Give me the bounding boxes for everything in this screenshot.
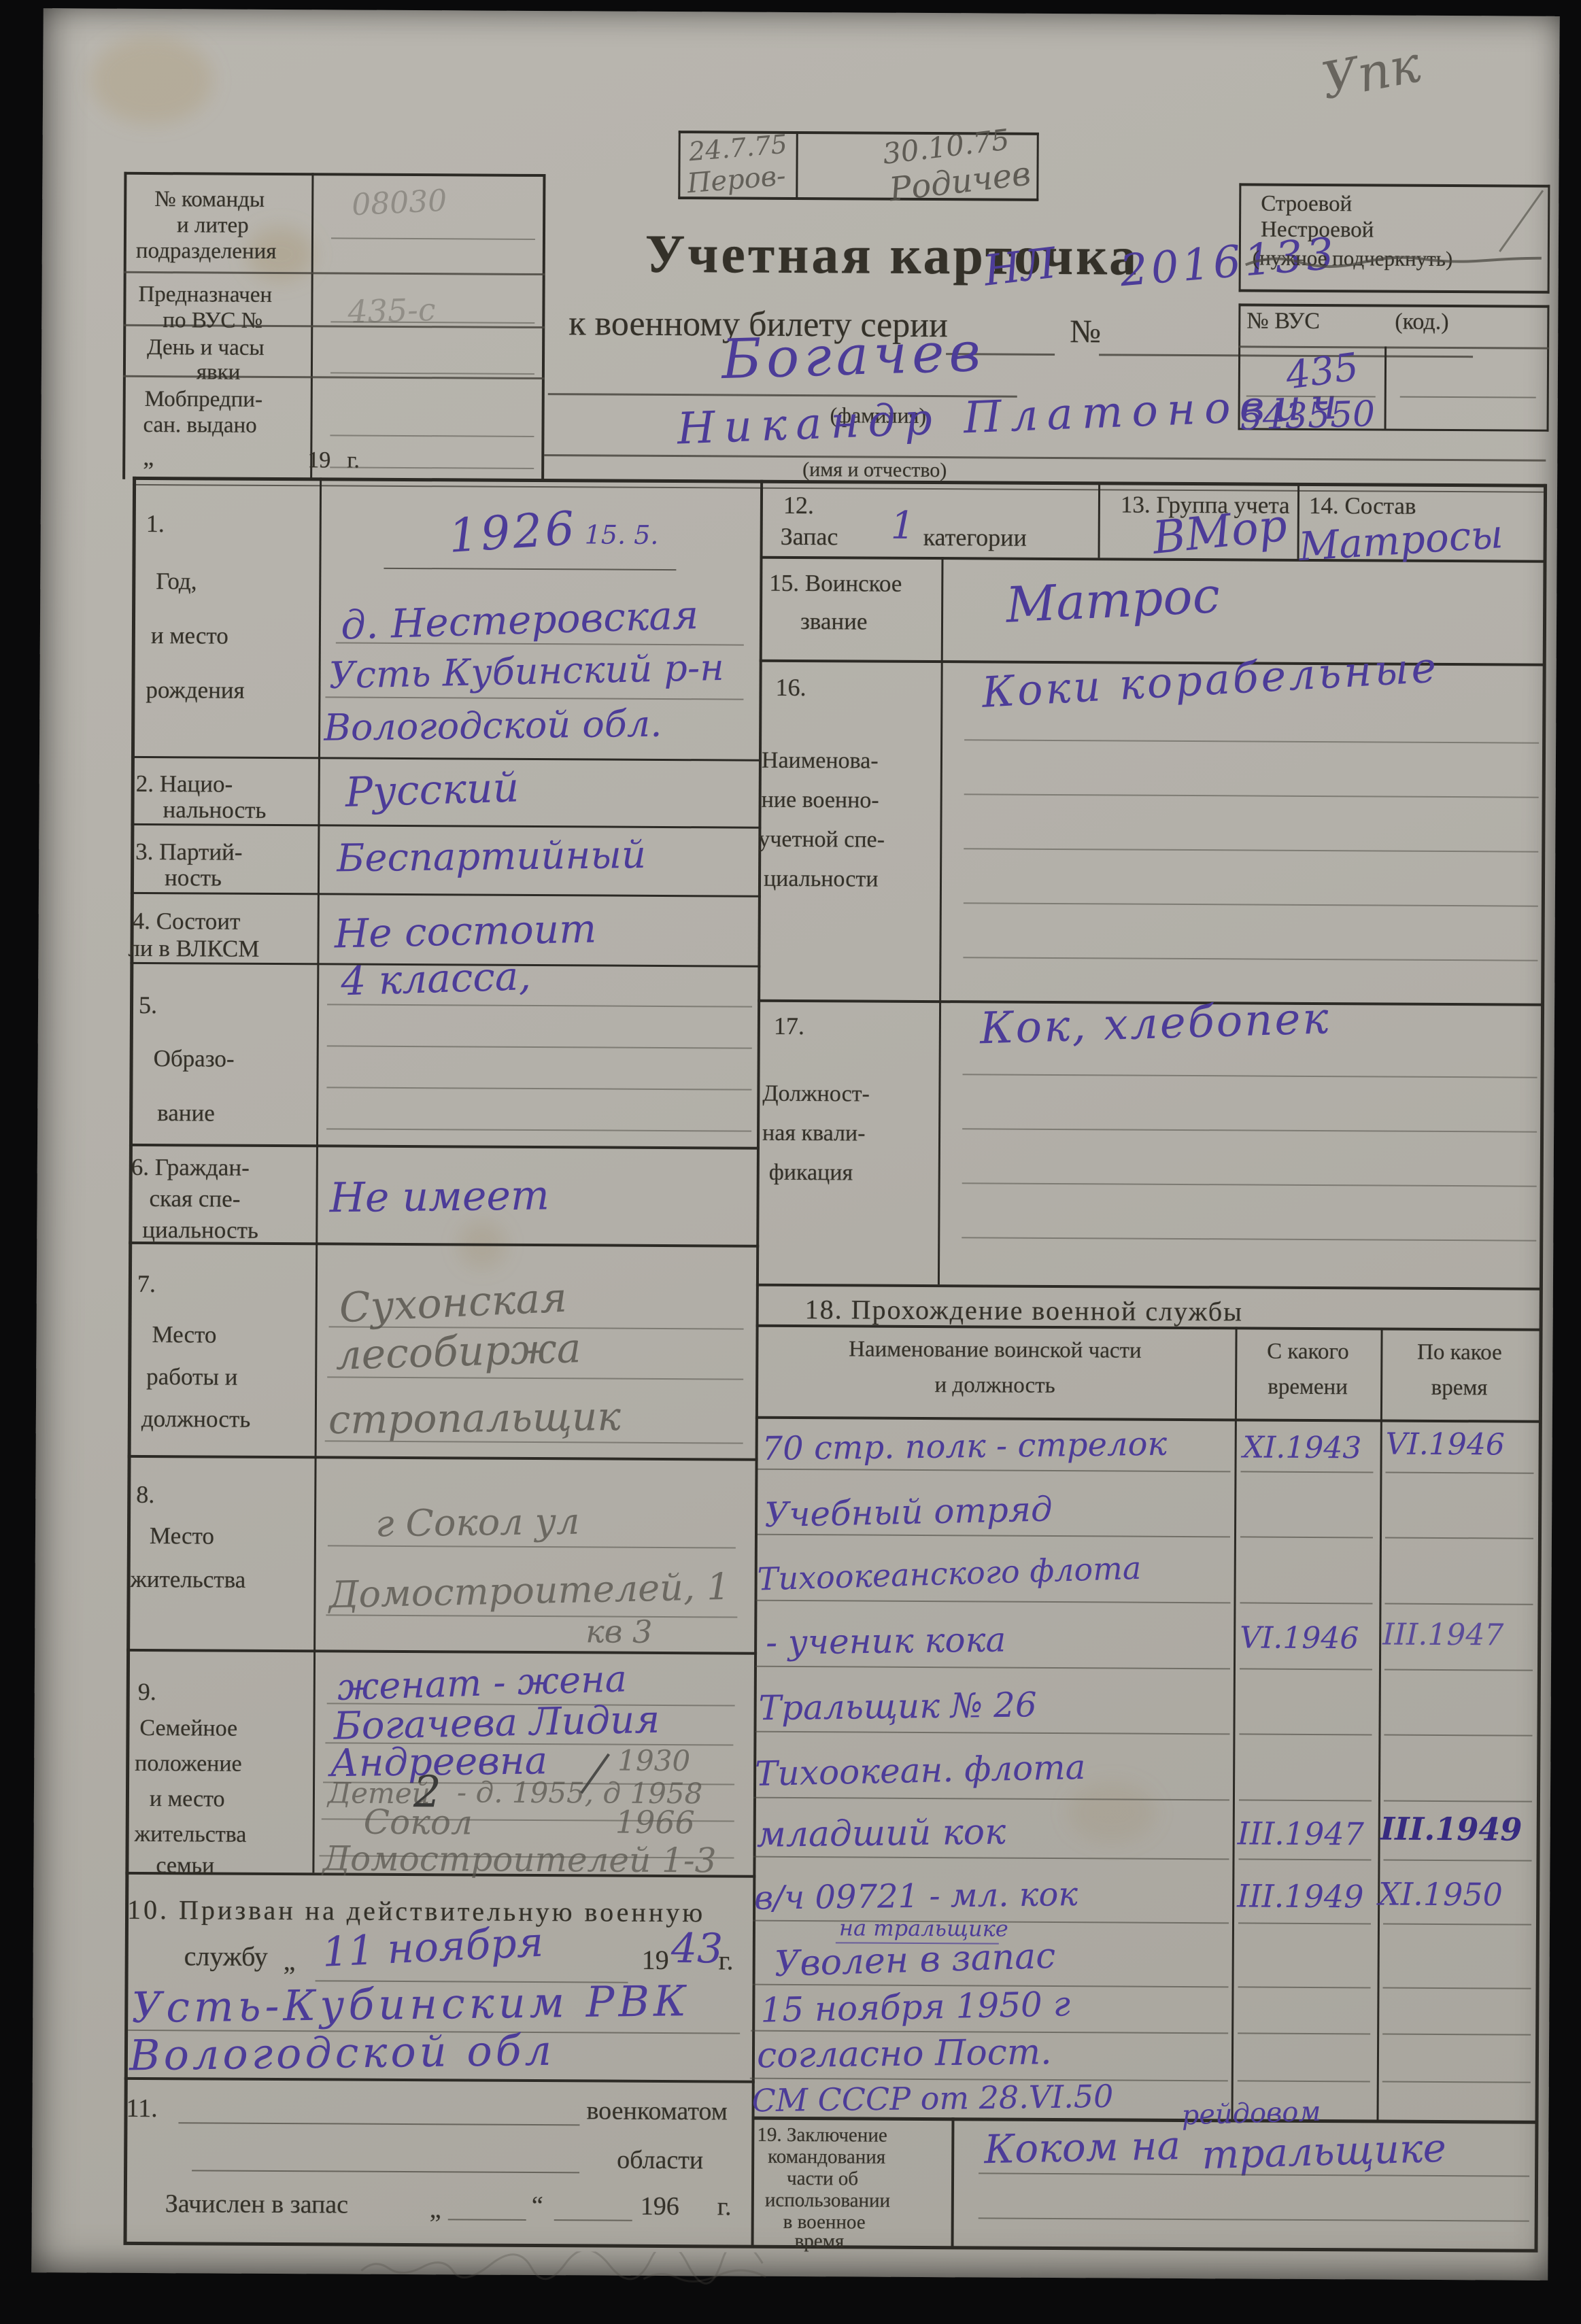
stroevoy-box-border xyxy=(1548,185,1550,294)
service-col3-header: По какое xyxy=(1382,1340,1537,1366)
rule-line xyxy=(1384,1735,1532,1737)
service-row-unit: Тихоокеан. флота xyxy=(755,1747,1086,1794)
header-box-row-line xyxy=(124,271,545,275)
field16-label: учетной спе- xyxy=(758,827,885,853)
header-box-g: г. xyxy=(347,448,360,474)
datebox-border-right xyxy=(1036,133,1039,201)
header-box-border xyxy=(124,172,545,177)
rule-line xyxy=(962,1128,1537,1132)
rule-line xyxy=(330,372,534,375)
rule-line xyxy=(192,2170,579,2173)
service-row-position: - ученик кока xyxy=(766,1620,1006,1662)
field3-party: Беспартийный xyxy=(337,833,647,881)
field9-label: и место xyxy=(150,1786,225,1813)
field4-label: ли в ВЛКСМ xyxy=(128,935,259,963)
rule-line xyxy=(1238,1986,1371,1988)
service-row-unit: Тральщик № 26 xyxy=(758,1685,1037,1728)
service-row-unit: Учебный отряд xyxy=(764,1489,1053,1535)
field3-label: 3. Партий- xyxy=(135,838,242,866)
field11-voenkomat: военкоматом xyxy=(586,2096,727,2126)
field11-oblast: области xyxy=(617,2145,703,2176)
service-row-to: III.1947 xyxy=(1382,1618,1503,1653)
rule-line xyxy=(755,1666,1230,1670)
header-box-label: № команды xyxy=(154,187,265,213)
rule-line xyxy=(1238,2032,1370,2034)
rule-line xyxy=(1240,1668,1372,1670)
field17-number: 17. xyxy=(774,1012,804,1040)
service-row-to: VI.1946 xyxy=(1386,1427,1505,1463)
paper-stain xyxy=(90,36,214,125)
rule-line xyxy=(1384,1800,1532,1802)
corner-note: Упк xyxy=(1317,35,1425,111)
row-separator xyxy=(756,1284,1542,1291)
rule-line xyxy=(964,793,1539,798)
field17-label: Должност- xyxy=(762,1081,870,1108)
service-col1-header: Наименование воинской части xyxy=(777,1337,1212,1364)
field16-specialty: Коки корабельные xyxy=(981,642,1440,717)
name-caption: (имя и отчество) xyxy=(802,458,947,482)
rule-line xyxy=(327,1004,752,1007)
header-box-label: и литер xyxy=(177,213,249,239)
field10-g: г. xyxy=(719,1944,734,1976)
header-box-label: подразделения xyxy=(136,239,277,264)
rule-line xyxy=(962,1237,1536,1241)
rule-line xyxy=(554,2219,632,2221)
service-row-from: III.1949 xyxy=(1237,1877,1363,1915)
rule-line xyxy=(326,1128,751,1131)
field9-label: жительства xyxy=(135,1822,247,1848)
datebox-border-left xyxy=(678,131,681,199)
section19-divider xyxy=(951,2117,954,2249)
field1-label: Год, xyxy=(156,568,197,595)
section19-conclusion: Коком на xyxy=(984,2122,1181,2172)
field10-date: 11 ноября xyxy=(321,1919,544,1977)
col-divider xyxy=(1098,484,1101,558)
service-row-discharge: согласно Пост. xyxy=(757,2032,1052,2076)
rule-line xyxy=(1383,1987,1531,1989)
field14-label: 14. Состав xyxy=(1309,492,1416,520)
rule-line xyxy=(963,957,1537,961)
row-separator xyxy=(128,1455,758,1461)
rule-line xyxy=(1385,1472,1533,1474)
rule-line xyxy=(1382,2034,1531,2036)
field8-residence: кв 3 xyxy=(585,1613,652,1650)
rule-line xyxy=(544,454,1546,462)
section18-heading: 18. Прохождение военной службы xyxy=(805,1293,1244,1327)
rule-line xyxy=(330,434,534,437)
section19-label: части об xyxy=(787,2168,858,2191)
rule-line xyxy=(331,237,535,240)
field16-label: Наименова- xyxy=(762,748,879,774)
rule-line xyxy=(753,1797,1229,1801)
field1-birth-year: 1926 xyxy=(447,502,579,564)
table-center-divider xyxy=(751,480,764,2248)
service-header-bottom xyxy=(755,1416,1541,1423)
section19-note: рейдовом xyxy=(1181,2096,1321,2131)
surname-value: Богачев xyxy=(721,320,986,391)
paper-stain xyxy=(1068,1781,1156,1843)
field5-label: Образо- xyxy=(154,1045,235,1073)
rule-line xyxy=(1239,1733,1372,1735)
field10-quote: „ xyxy=(284,1945,296,1977)
field6-label: ская спе- xyxy=(149,1185,240,1213)
field10-label: 10. Призван на действительную военную xyxy=(127,1894,705,1928)
rule-line xyxy=(384,568,676,570)
rule-line xyxy=(328,1545,736,1548)
field9-wife-year: 1930 xyxy=(617,1744,690,1778)
field1-birthplace: Усть Кубинский р-н xyxy=(328,646,724,697)
vus-code-label: (код.) xyxy=(1395,309,1448,335)
service-row-unit: в/ч 09721 - мл. кок xyxy=(754,1875,1078,1917)
field12-category: 1 xyxy=(891,504,915,548)
photo-scan: { "pencil_notes":{"corner":"Упк","box":{… xyxy=(0,0,1581,2324)
field9-family-address: Домостроителей 1-3 xyxy=(322,1839,716,1880)
field11-year: 196 xyxy=(641,2191,679,2221)
col-divider xyxy=(938,1000,941,1284)
field10-label2: службу xyxy=(184,1940,268,1972)
field9-label: семьи xyxy=(156,1853,214,1879)
field10-year-print: 19 xyxy=(642,1944,669,1976)
rule-line xyxy=(1240,1602,1372,1604)
field4-vlksm: Не состоит xyxy=(334,905,597,957)
left-label-divider xyxy=(312,477,322,1873)
field8-residence: г Сокол ул xyxy=(375,1500,580,1545)
service-row-discharge: Уволен в запас xyxy=(774,1936,1056,1985)
vus-box-border xyxy=(1547,305,1550,432)
header-box-label: по ВУС № xyxy=(163,308,262,334)
field11-number: 11. xyxy=(126,2094,157,2123)
service-row-unit: Тихоокеанского флота xyxy=(757,1550,1142,1598)
field2-nationality: Русский xyxy=(345,764,520,817)
rule-line xyxy=(755,1731,1229,1735)
field10-rvk: Усть-Кубинским РВК xyxy=(131,1976,690,2032)
service-row-from: VI.1946 xyxy=(1240,1620,1359,1656)
rule-line xyxy=(1383,1860,1531,1862)
section19-label: использовании xyxy=(765,2189,890,2212)
section19-label: командования xyxy=(768,2146,885,2169)
vus-label: № ВУС xyxy=(1246,308,1320,335)
field4-label: 4. Состоит xyxy=(133,908,241,936)
rule-line xyxy=(1385,1537,1533,1539)
field16-label: циальности xyxy=(764,866,879,893)
field2-label: нальность xyxy=(163,796,266,824)
field9-label: Семейное xyxy=(139,1715,237,1742)
field1-birthplace: Вологодской обл. xyxy=(324,702,662,749)
rule-line xyxy=(326,1614,737,1618)
rule-line xyxy=(1384,1603,1533,1605)
field5-number: 5. xyxy=(139,991,157,1019)
rule-line xyxy=(964,739,1539,743)
field6-label: циальность xyxy=(142,1216,258,1244)
rule-line xyxy=(753,1856,1229,1860)
col-divider xyxy=(941,557,944,660)
rule-line xyxy=(1239,1799,1372,1801)
rule-line xyxy=(1240,1471,1373,1473)
field5-label: вание xyxy=(157,1099,215,1127)
field12-number: 12. xyxy=(783,491,814,519)
field12-label: категории xyxy=(923,523,1027,552)
header-box-label: Мобпредпи- xyxy=(145,387,262,413)
header-box-row-line xyxy=(123,375,545,379)
header-box-value: 08030 xyxy=(351,184,447,223)
service-row-discharge: СМ СССР от 28.VI.50 xyxy=(751,2078,1113,2119)
field1-number: 1. xyxy=(146,509,165,538)
field17-label: фикация xyxy=(769,1160,853,1186)
rule-line xyxy=(755,1600,1230,1604)
field1-birthplace: д. Нестеровская xyxy=(340,592,699,649)
field1-label: рождения xyxy=(146,677,244,704)
field16-label: ние военно- xyxy=(762,787,879,814)
field2-label: 2. Нацио- xyxy=(136,770,233,798)
field8-residence: Домостроителей, 1 xyxy=(328,1565,730,1616)
vus-box-border xyxy=(1238,303,1549,307)
rule-line xyxy=(1384,1669,1533,1671)
datebox-signature-left: Перов- xyxy=(686,160,787,200)
field12-label: Запас xyxy=(781,522,838,551)
rule-line xyxy=(327,1045,752,1048)
pencil-tick xyxy=(1499,190,1544,252)
rule-line xyxy=(962,1182,1537,1186)
service-row-from: XI.1943 xyxy=(1243,1430,1362,1465)
field8-label: жительства xyxy=(131,1566,246,1594)
field1-birth-day: 15. 5. xyxy=(585,519,659,550)
field7-label: Место xyxy=(152,1321,216,1348)
rule-line xyxy=(1238,1922,1371,1924)
pencil-strike xyxy=(1244,251,1544,275)
rule-line xyxy=(964,848,1538,852)
rule-line xyxy=(1240,1536,1373,1538)
rule-line xyxy=(1400,396,1536,398)
rule-line xyxy=(325,696,743,700)
header-box-year: 19 xyxy=(307,447,330,473)
service-col2-header: С какого xyxy=(1236,1339,1379,1365)
row-separator xyxy=(131,756,762,762)
card: Упк 24.7.75 Перов- 30.10.75 Родичев № ко… xyxy=(31,8,1559,2280)
field7-workplace: лесобиржа xyxy=(335,1325,581,1380)
service-row-discharge: 15 ноября 1950 г xyxy=(760,1984,1071,2030)
rule-line xyxy=(758,1469,1230,1473)
field7-position: стропальщик xyxy=(328,1393,621,1443)
row-separator xyxy=(126,1649,757,1655)
field11-reserve: Зачислен в запас xyxy=(165,2189,348,2219)
pencil-scribble xyxy=(358,2251,820,2287)
field7-label: работы и xyxy=(146,1363,237,1391)
rule-line xyxy=(979,2217,1529,2221)
field9-label: положение xyxy=(135,1751,242,1777)
stroevoy-box-border xyxy=(1239,183,1550,187)
vus-value: 435 xyxy=(1283,345,1361,398)
field3-label: ность xyxy=(165,864,222,891)
service-row-to: III.1949 xyxy=(1380,1811,1523,1848)
header-box-value: 435-с xyxy=(347,291,437,330)
rule-line xyxy=(1238,1858,1371,1860)
field7-workplace: Сухонская xyxy=(338,1274,568,1333)
nestroevoy-label: Нестроевой xyxy=(1261,218,1374,243)
service-row-from: III.1947 xyxy=(1238,1815,1364,1852)
row-separator xyxy=(131,892,761,898)
col-divider xyxy=(939,660,943,1000)
header-box-label: явки xyxy=(197,360,241,385)
field10-year-hw: 43 xyxy=(671,1925,724,1972)
service-col2-header: времени xyxy=(1236,1374,1379,1400)
field7-number: 7. xyxy=(137,1269,156,1298)
page-title: Учетная карточка xyxy=(634,224,1151,288)
field8-label: Место xyxy=(150,1522,214,1550)
field15-rank: Матрос xyxy=(1004,566,1221,634)
row-separator xyxy=(131,823,761,829)
rule-line xyxy=(178,2122,579,2125)
table-border-right xyxy=(1534,484,1547,2252)
service-col-divider xyxy=(1231,1327,1238,2119)
number-sign: № xyxy=(1070,313,1101,350)
field15-label: 15. Воинское xyxy=(769,570,902,598)
rule-line xyxy=(330,466,534,469)
section19-label: время xyxy=(794,2230,844,2253)
field6-civil-specialty: Не имеет xyxy=(329,1172,549,1222)
field5-education-value: 4 класса, xyxy=(340,953,531,1004)
rule-line xyxy=(964,902,1538,906)
field11-quote1: „ xyxy=(430,2194,441,2224)
rule-line xyxy=(963,1074,1537,1078)
service-row-position: младший кок xyxy=(756,1811,1006,1855)
field17-label: ная квали- xyxy=(762,1121,866,1147)
service-row-to: XI.1950 xyxy=(1378,1876,1503,1913)
field9-number: 9. xyxy=(138,1677,156,1706)
service-col-divider xyxy=(1377,1328,1383,2120)
rule-line xyxy=(758,1534,1230,1538)
service-col1-header: и должность xyxy=(777,1372,1212,1399)
header-box-label: День и часы xyxy=(147,335,265,361)
stroevoy-label: Строевой xyxy=(1261,192,1352,218)
rule-line xyxy=(1238,2080,1370,2082)
header-box-label: Предназначен xyxy=(138,282,272,308)
field6-label: 6. Граждан- xyxy=(131,1154,250,1182)
field8-number: 8. xyxy=(136,1480,154,1509)
field11-g: г. xyxy=(717,2191,732,2221)
rule-line xyxy=(1383,1924,1531,1926)
field17-qualification: Кок, хлебопек xyxy=(979,993,1331,1054)
vus-box-divider xyxy=(1384,347,1387,429)
field11-quote2: “ xyxy=(532,2191,543,2221)
vus-code-value: 543550 xyxy=(1240,394,1376,439)
series-value: НЛ xyxy=(981,238,1059,296)
service-row-unit: 70 стр. полк - стрелок xyxy=(762,1425,1167,1468)
field10-oblast: Вологодской обл xyxy=(129,2026,556,2081)
field16-number: 16. xyxy=(775,673,806,702)
stroevoy-box-border xyxy=(1239,289,1550,293)
rule-line xyxy=(327,1376,743,1380)
rule-line xyxy=(1238,345,1549,349)
datebox-divider xyxy=(796,131,798,199)
field1-label: и место xyxy=(151,622,228,650)
field15-label: звание xyxy=(800,608,868,636)
header-box-label: сан. выдано xyxy=(143,413,256,439)
field9-family-town: Сокол xyxy=(364,1802,473,1843)
header-box-quote: „ xyxy=(143,443,154,471)
rule-line xyxy=(1382,2081,1531,2083)
field9-family-year: 1966 xyxy=(615,1804,695,1841)
table-border-left xyxy=(124,477,137,2244)
section19-conclusion: тральщике xyxy=(1201,2125,1446,2178)
field7-label: должность xyxy=(141,1405,251,1433)
service-col3-header: время xyxy=(1382,1375,1537,1401)
row-separator xyxy=(129,1144,760,1150)
section19-label: 19. Заключение xyxy=(757,2124,887,2147)
rule-line xyxy=(448,2219,526,2221)
rule-line xyxy=(326,1087,751,1090)
